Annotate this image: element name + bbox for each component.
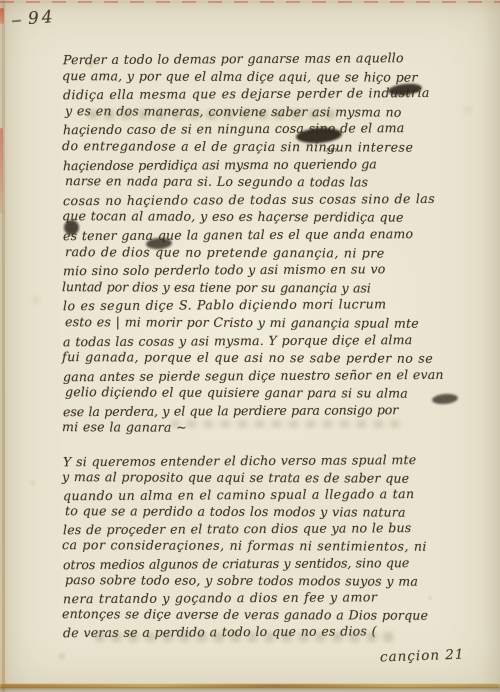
manuscript-paragraph-1: Perder a todo lo demas por ganarse mas e… [62,50,464,437]
text-line: lo es segun diçe S. Pablo diçiendo mori … [63,295,465,315]
text-line: que tocan al amado, y eso es haçerse per… [62,207,464,226]
folio-number: 94 [27,7,56,29]
text-line: narse en nada para si. Lo segundo a toda… [65,172,464,191]
text-line: paso sobre todo eso, y sobre todos modos… [65,571,464,590]
text-line: mio sino solo perderlo todo y asi mismo … [63,260,465,280]
canto-footer-label: cançion 21 [379,647,464,666]
manuscript-page: 94 Perder a todo lo demas por ganarse ma… [0,0,500,692]
text-line: otros medios algunos de criaturas y sent… [63,553,465,573]
text-line: nera tratando y goçando a dios en fee y … [63,588,465,608]
text-line: ca por consideraçiones, ni formas ni sen… [62,537,464,556]
ink-bleedthrough-smudge [88,110,338,119]
ink-blot [64,220,79,235]
text-line: do entregandose a el de graçia sin ningu… [62,137,464,156]
text-line: rado de dios que no pretende ganançia, n… [65,243,464,262]
text-line: Perder a todo lo demas por ganarse mas e… [63,49,465,69]
page-fold-line [2,0,5,692]
ink-bleedthrough-smudge [95,632,395,642]
manuscript-paragraph-2: Y si queremos entender el dicho verso ma… [62,452,464,640]
text-line: esto es | mi morir por Cristo y mi ganan… [65,313,464,332]
text-line: Y si queremos entender el dicho verso ma… [63,451,465,471]
text-line: a todas las cosas y asi mysma. Y porque … [63,330,465,350]
bottom-edge-shadow [0,687,500,692]
top-red-rule [0,1,500,3]
text-line: haçiendo caso de si en ninguna cosa sino… [63,119,465,139]
text-line: fui ganada, porque el que asi no se sabe… [62,348,464,367]
folio-dash-mark [12,20,21,22]
text-line: es tener gana que la ganen tal es el que… [63,225,465,245]
interlinear-correction: nm [326,146,337,154]
text-line: haçiendose perdidiça asi mysma no querie… [63,154,465,174]
text-line: gelio diçiendo el que quisiere ganar par… [65,383,464,402]
text-line: entonçes se diçe averse de veras ganado … [62,605,464,624]
ink-bleedthrough-smudge [170,420,400,428]
